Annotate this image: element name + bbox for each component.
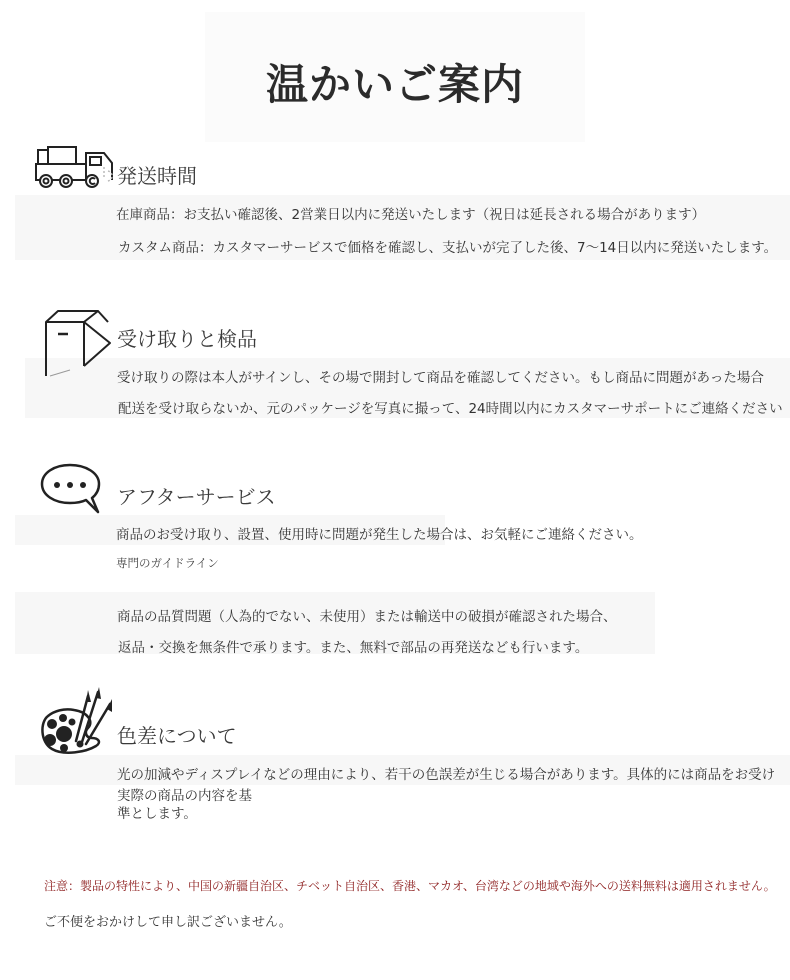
box-icon <box>40 308 112 380</box>
page-title: 温かいご案内 <box>0 52 790 112</box>
truck-icon <box>34 145 119 190</box>
section-heading-color-difference: 色差について <box>117 720 237 749</box>
receiving-line-1: 受け取りの際は本人がサインし、その場で開封して商品を確認してください。もし商品に… <box>117 366 764 386</box>
shipping-notice: 注意：製品の特性により、中国の新疆自治区、チベット自治区、香港、マカオ、台湾など… <box>44 877 776 894</box>
chat-bubble-icon <box>40 462 102 517</box>
after-sales-subheading: 専門のガイドライン <box>116 555 219 571</box>
receiving-line-2: 配送を受け取らないか、元のパッケージを写真に撮って、24時間以内にカスタマーサポ… <box>118 397 783 417</box>
color-difference-line-2: 実際の商品の内容を基 <box>117 784 252 804</box>
after-sales-line-3: 返品・交換を無条件で承ります。また、無料で部品の再発送なども行います。 <box>118 636 588 656</box>
color-difference-line-1: 光の加減やディスプレイなどの理由により、若干の色誤差が生じる場合があります。具体… <box>117 763 775 783</box>
shipping-line-custom: カスタム商品：カスタマーサービスで価格を確認し、支払いが完了した後、7〜14日以… <box>118 236 777 256</box>
section-heading-after-sales: アフターサービス <box>117 481 276 510</box>
after-sales-line-1: 商品のお受け取り、設置、使用時に問題が発生した場合は、お気軽にご連絡ください。 <box>116 523 643 543</box>
section-heading-receiving: 受け取りと検品 <box>117 323 257 352</box>
apology-text: ご不便をおかけして申し訳ございません。 <box>44 911 292 930</box>
color-difference-line-3: 準とします。 <box>117 802 197 822</box>
after-sales-line-2: 商品の品質問題（人為的でない、未使用）または輸送中の破損が確認された場合、 <box>117 605 617 625</box>
section-heading-shipping: 発送時間 <box>117 160 197 189</box>
shipping-line-stock: 在庫商品：お支払い確認後、2営業日以内に発送いたします（祝日は延長される場合があ… <box>116 203 705 223</box>
paint-palette-icon <box>38 686 118 756</box>
